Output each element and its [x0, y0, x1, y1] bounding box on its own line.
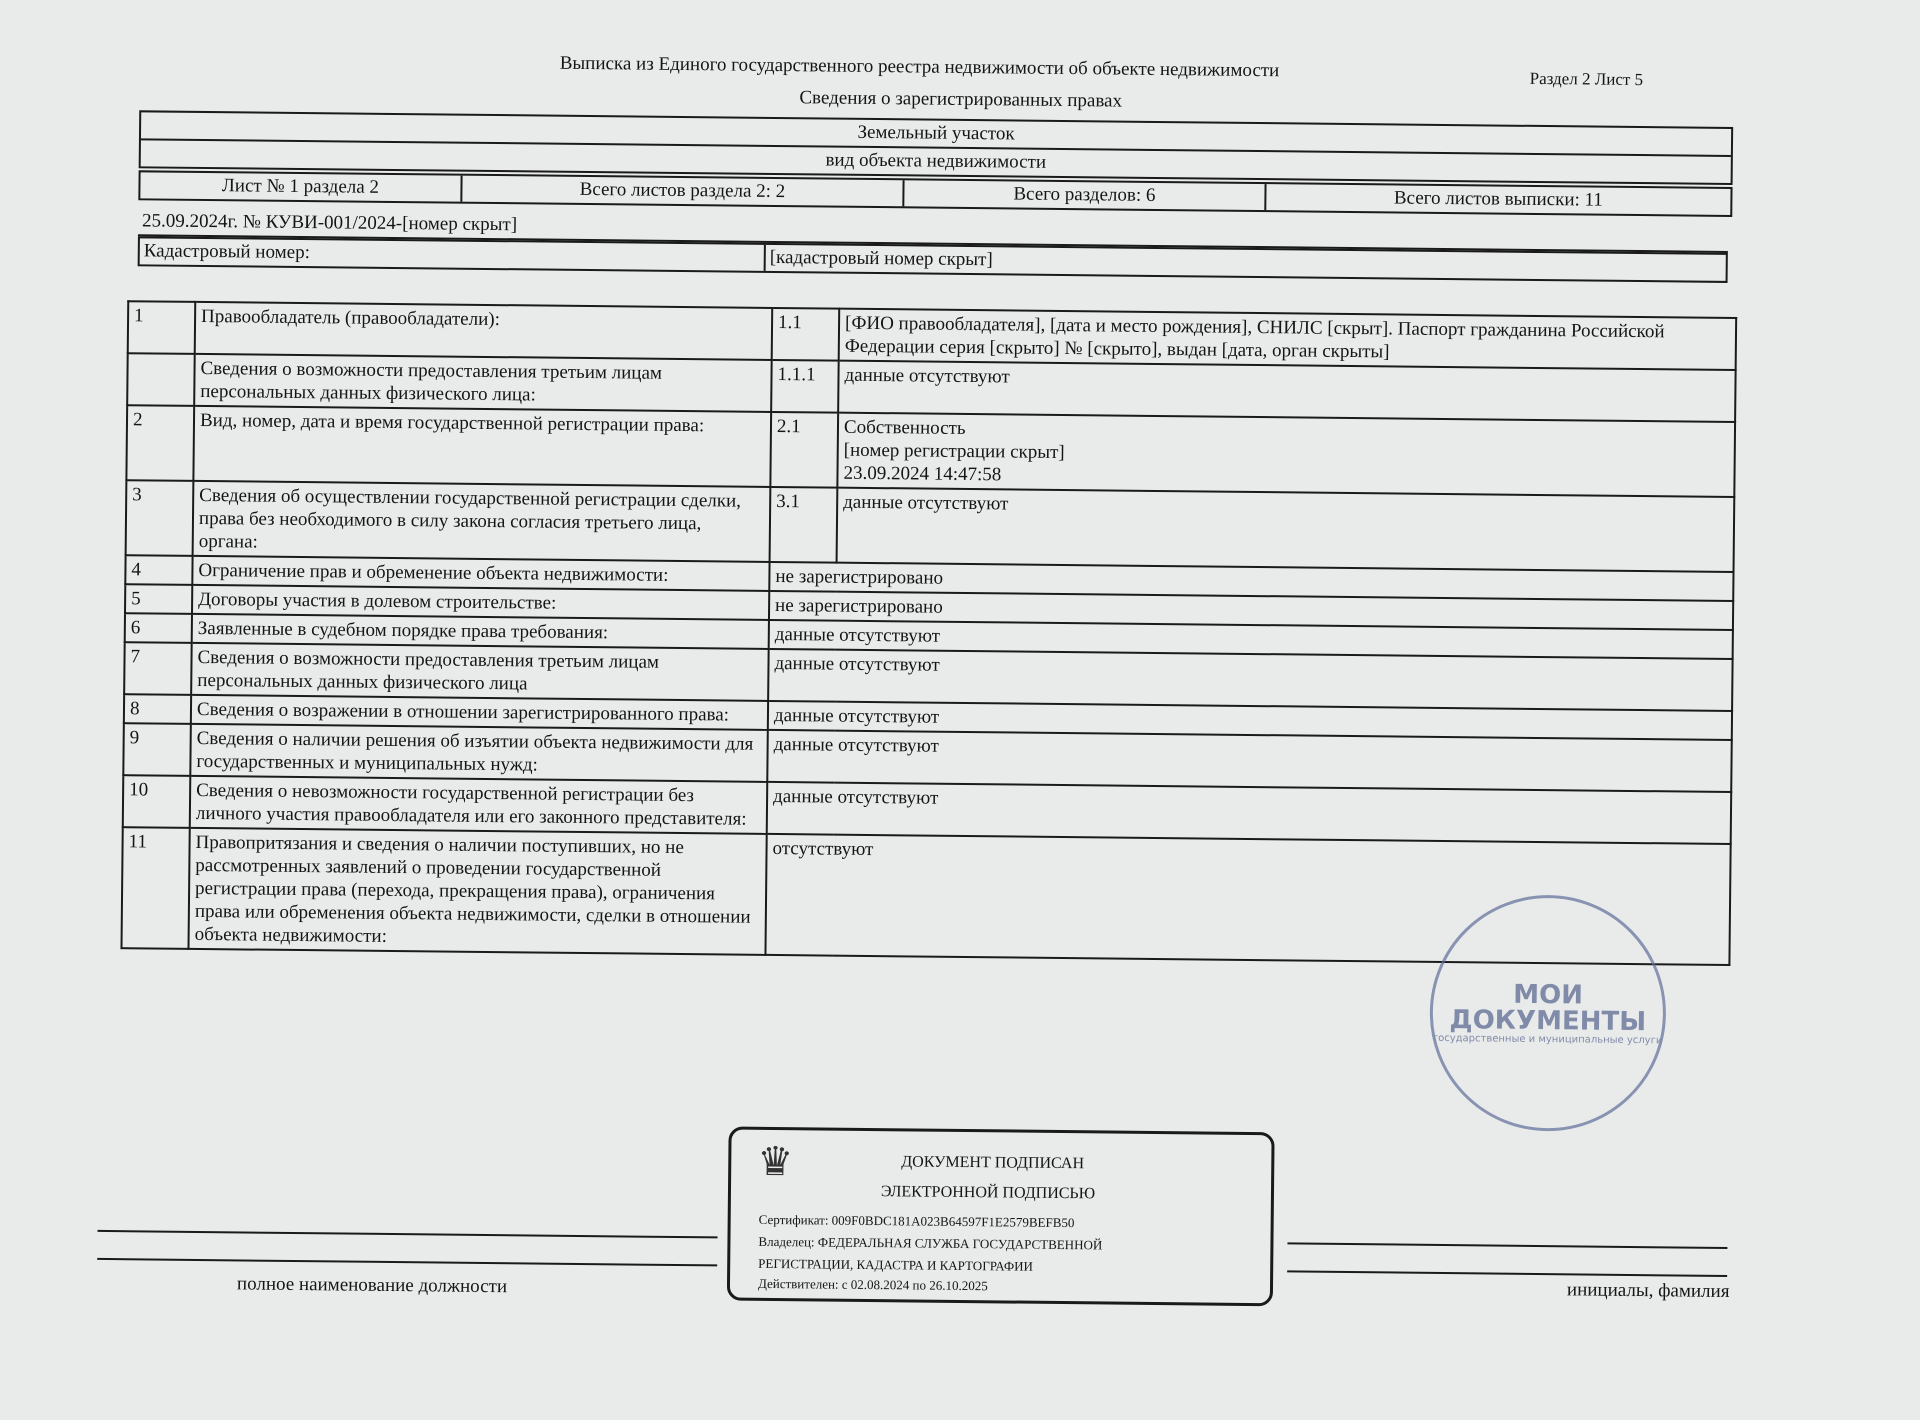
row-number: 8: [124, 694, 191, 724]
total-sheets-section: Всего листов раздела 2: 2: [462, 176, 904, 207]
esig-line-2: ЭЛЕКТРОННОЙ ПОДПИСЬЮ: [881, 1183, 1095, 1203]
coat-of-arms-icon: ♛: [753, 1138, 798, 1194]
position-caption: полное наименование должности: [237, 1273, 507, 1298]
sheet-number: Лист № 1 раздела 2: [140, 172, 462, 201]
cadastral-value: [кадастровый номер скрыт]: [766, 245, 993, 273]
document-subtitle: Сведения о зарегистрированных правах: [799, 87, 1122, 112]
row-subnumber: 1.1: [772, 308, 840, 361]
row-value: данные отсутствуют: [837, 488, 1735, 572]
rights-table: 1Правообладатель (правообладатели):1.1[Ф…: [120, 300, 1737, 966]
stamp-text-2: ДОКУМЕНТЫ: [1449, 1007, 1646, 1035]
row-label: Сведения о невозможности государственной…: [190, 776, 768, 834]
electronic-signature-block: ♛ ДОКУМЕНТ ПОДПИСАН ЭЛЕКТРОННОЙ ПОДПИСЬЮ…: [727, 1127, 1275, 1307]
name-line: [1287, 1242, 1727, 1277]
row-value: данные отсутствуют: [838, 361, 1735, 422]
document-page: Выписка из Единого государственного реес…: [96, 40, 1810, 1398]
row-subnumber: 3.1: [770, 487, 838, 563]
stamp-caption: государственные и муниципальные услуги: [1433, 1032, 1663, 1045]
row-label: Сведения о возможности предоставления тр…: [194, 354, 772, 412]
row-label: Правообладатель (правообладатели):: [195, 302, 773, 360]
meta-block: 25.09.2024г. № КУВИ-001/2024-[номер скры…: [138, 208, 1729, 283]
row-value: Собственность [номер регистрации скрыт] …: [837, 413, 1735, 497]
row-value: [ФИО правообладателя], [дата и место рож…: [839, 309, 1736, 370]
row-number: 6: [125, 613, 192, 643]
esig-line-1: ДОКУМЕНТ ПОДПИСАН: [901, 1153, 1084, 1173]
section-sheet-label: Раздел 2 Лист 5: [1530, 69, 1644, 90]
row-subnumber: 2.1: [770, 412, 838, 488]
row-number: [127, 353, 195, 406]
row-label: Сведения о наличии решения об изъятии об…: [190, 724, 768, 782]
row-number: 2: [126, 405, 194, 481]
row-number: 1: [128, 301, 196, 354]
row-number: 3: [126, 480, 194, 556]
row-number: 10: [123, 775, 191, 828]
row-number: 7: [124, 642, 192, 695]
total-sheets: Всего листов выписки: 11: [1266, 184, 1730, 215]
esig-valid: Действителен: с 02.08.2024 по 26.10.2025: [758, 1276, 988, 1294]
row-number: 5: [125, 584, 192, 614]
row-subnumber: 1.1.1: [771, 360, 839, 413]
row-label: Сведения об осуществлении государственно…: [193, 481, 771, 562]
total-sections: Всего разделов: 6: [904, 180, 1266, 210]
row-label: Сведения о возможности предоставления тр…: [191, 643, 769, 701]
row-label: Вид, номер, дата и время государственной…: [193, 406, 771, 487]
row-number: 11: [121, 827, 189, 949]
mfc-stamp: МОИ ДОКУМЕНТЫ государственные и муниципа…: [1429, 894, 1667, 1132]
stamp-text-1: МОИ: [1513, 981, 1583, 1008]
row-number: 9: [123, 723, 191, 776]
cadastral-label: Кадастровый номер:: [140, 238, 766, 271]
esig-owner-2: РЕГИСТРАЦИИ, КАДАСТРА И КАРТОГРАФИИ: [758, 1256, 1033, 1275]
esig-owner-1: Владелец: ФЕДЕРАЛЬНАЯ СЛУЖБА ГОСУДАРСТВЕ…: [758, 1234, 1102, 1254]
row-number: 4: [125, 555, 192, 585]
name-caption: инициалы, фамилия: [1567, 1279, 1730, 1303]
row-label: Правопритязания и сведения о наличии пос…: [188, 828, 766, 955]
esig-certificate: Сертификат: 009F0BDC181A023B64597F1E2579…: [759, 1212, 1075, 1231]
position-line: [97, 1230, 717, 1266]
document-title: Выписка из Единого государственного реес…: [560, 53, 1280, 83]
